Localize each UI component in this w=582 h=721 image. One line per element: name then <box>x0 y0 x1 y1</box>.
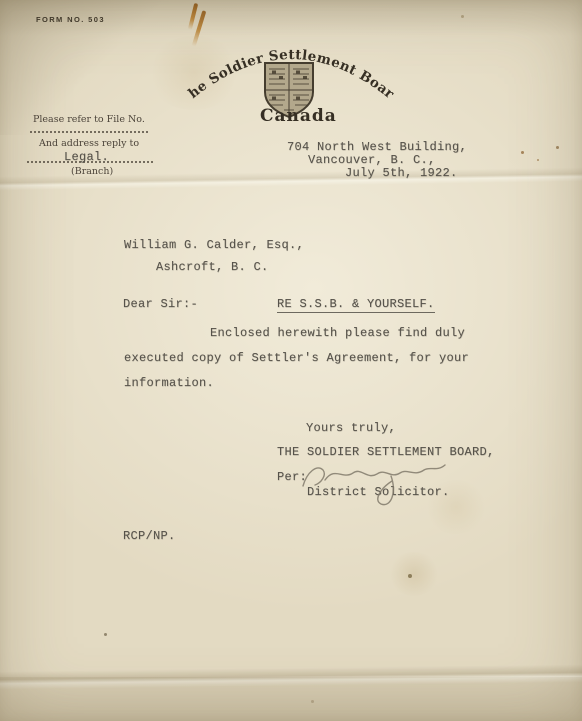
ink-speck <box>461 15 464 18</box>
subject-line: RE S.S.B. & YOURSELF. <box>277 297 435 313</box>
recipient-city: Ashcroft, B. C. <box>156 260 269 274</box>
body-line3: information. <box>124 376 214 390</box>
sender-address-line1: 704 North West Building, <box>287 140 467 154</box>
handwritten-signature <box>293 450 463 512</box>
letter-document: FORM NO. 503 The Soldier Settlement Boar… <box>0 0 582 721</box>
stain <box>388 552 440 596</box>
ink-speck <box>537 159 539 161</box>
address-reply-label: And address reply to <box>39 138 139 149</box>
ink-speck <box>311 700 314 703</box>
ink-speck <box>104 633 107 636</box>
file-no-dotted-line <box>30 131 148 133</box>
country-label: Canada <box>260 106 328 126</box>
branch-value: Legal. <box>64 150 109 164</box>
recipient-name: William G. Calder, Esq., <box>124 238 304 252</box>
branch-label: (Branch) <box>71 166 113 177</box>
valediction: Yours truly, <box>306 421 396 435</box>
body-line2: executed copy of Settler's Agreement, fo… <box>124 351 469 365</box>
body-line1: Enclosed herewith please find duly <box>210 326 465 340</box>
ink-speck <box>556 146 559 149</box>
form-number: FORM NO. 503 <box>36 15 105 24</box>
salutation: Dear Sir:- <box>123 297 198 311</box>
reference-initials: RCP/NP. <box>123 529 176 543</box>
bottom-shade <box>0 677 582 721</box>
sender-address-line2: Vancouver, B. C., <box>308 153 436 167</box>
ink-speck <box>521 151 524 154</box>
letter-date: July 5th, 1922. <box>345 166 458 180</box>
ink-speck <box>408 574 412 578</box>
refer-file-label: Please refer to File No. <box>33 114 145 125</box>
